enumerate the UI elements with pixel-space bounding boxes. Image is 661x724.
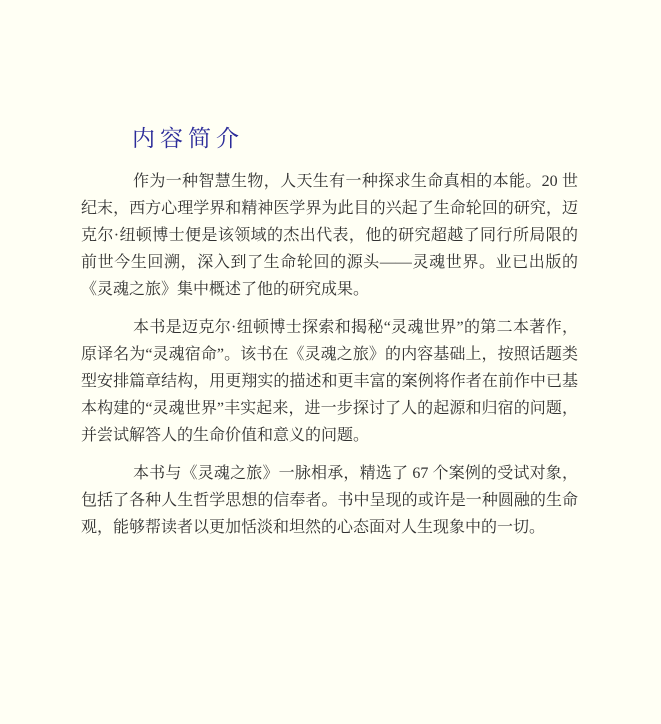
paragraph-2: 本书是迈克尔·纽顿博士探索和揭秘“灵魂世界”的第二本著作，原译名为“灵魂宿命”。…	[81, 314, 578, 449]
page-title: 内容简介	[132, 126, 244, 152]
book-page: 内容简介 作为一种智慧生物，人天生有一种探求生命真相的本能。20 世纪末，西方心…	[0, 0, 661, 724]
paragraph-1: 作为一种智慧生物，人天生有一种探求生命真相的本能。20 世纪末，西方心理学界和精…	[81, 168, 578, 303]
page-content: 作为一种智慧生物，人天生有一种探求生命真相的本能。20 世纪末，西方心理学界和精…	[81, 168, 578, 552]
paragraph-3: 本书与《灵魂之旅》一脉相承，精选了 67 个案例的受试对象，包括了各种人生哲学思…	[81, 460, 578, 541]
